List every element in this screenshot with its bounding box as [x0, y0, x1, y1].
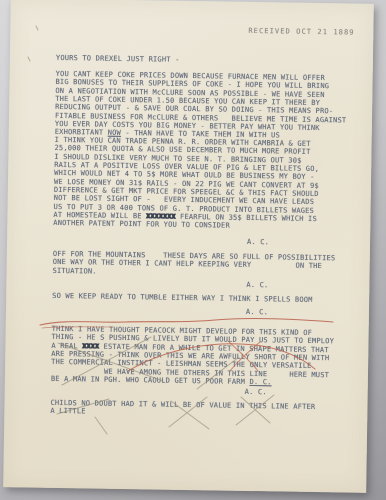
- letter-paragraph-childs: CHILDS NO DOUBT HAD IT & WILL BE OF VALU…: [50, 399, 315, 420]
- signature-initials: A. C.: [246, 308, 268, 317]
- letter-paragraph-rails: I THINK YOU CAN TRADE PENNA R. R. ORDER …: [53, 136, 319, 232]
- signature-initials: A. C.: [247, 238, 269, 247]
- signature-initials: A. C.: [246, 281, 268, 290]
- scanned-letter-page: RECEIVED OCT 21 1889 YOURS TO DREXEL JUS…: [0, 0, 386, 500]
- letter-paragraph-coke-prices: YOU CANT KEEP COKE PRICES DOWN BECAUSE F…: [55, 70, 347, 141]
- letter-salutation: YOURS TO DREXEL JUST RIGHT -: [56, 54, 180, 64]
- letter-line-boom: SO WE KEEP READY TO TUMBLE EITHER WAY I …: [52, 292, 313, 304]
- letter-line: SO WE KEEP READY TO TUMBLE EITHER WAY I …: [52, 292, 313, 304]
- received-date-stamp: RECEIVED OCT 21 1889: [248, 27, 354, 37]
- letter-paragraph-peacock: THINK I HAVE THOUGHT PEACOCK MIGHT DEVEL…: [51, 325, 334, 388]
- letter-paper: RECEIVED OCT 21 1889 YOURS TO DREXEL JUS…: [3, 0, 374, 493]
- signature-initials: A. C.: [245, 388, 267, 397]
- letter-paragraph-mountains: OFF FOR THE MOUNTAINS THESE DAYS ARE SO …: [53, 250, 336, 279]
